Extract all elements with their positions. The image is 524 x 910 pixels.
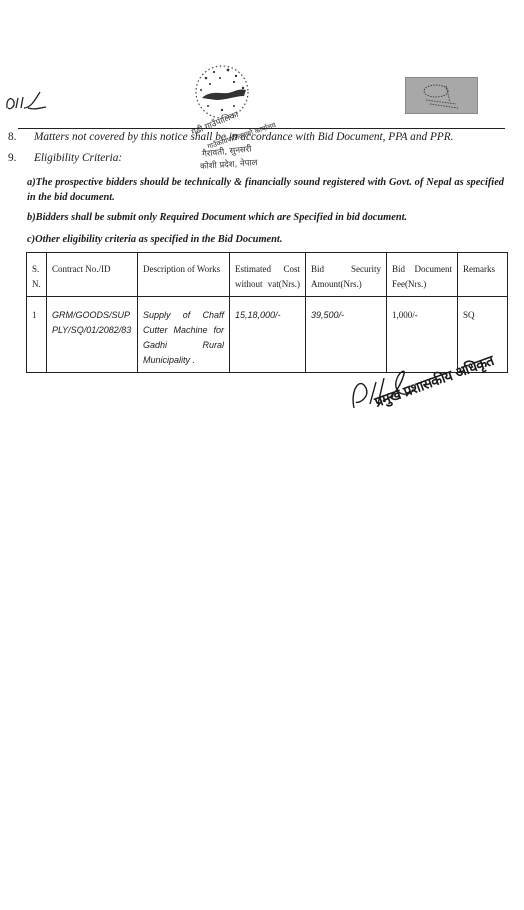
item-number: 9. [8,152,34,164]
cell-bid-security: 39,500/- [306,297,387,373]
cell-document-fee: 1,000/- [387,297,458,373]
cell-contract-id: GRM/GOODS/SUPPLY/SQ/01/2082/83 [47,297,138,373]
signatory-block: प्रमुख प्रशासकीय अधिकृत [346,368,506,438]
item-9: 9.Eligibility Criteria: [8,152,122,164]
cell-description: Supply of Chaff Cutter Machine for Gadhi… [138,297,230,373]
criterion-a: a)The prospective bidders should be tech… [27,175,504,205]
header-rule [18,128,505,129]
cell-estimated-cost: 15,18,000/- [230,297,306,373]
header-bid-security: Bid Security Amount(Nrs.) [306,253,387,297]
criterion-b: b)Bidders shall be submit only Required … [27,210,407,225]
signature-icon [4,88,48,114]
header-description: Description of Works [138,253,230,297]
table-header-row: S. N. Contract No./ID Description of Wor… [27,253,508,297]
header-remarks: Remarks [458,253,508,297]
table-row: 1 GRM/GOODS/SUPPLY/SQ/01/2082/83 Supply … [27,297,508,373]
municipality-seal: गढी गाउँपालिका गाउँकार्यपालिकाको कार्याल… [176,60,268,172]
item-text: Matters not covered by this notice shall… [34,131,453,143]
stamp-box [405,77,478,114]
item-8: 8.Matters not covered by this notice sha… [8,131,453,143]
seal-line: कोशी प्रदेश, नेपाल [200,157,258,172]
header-estimated-cost: Estimated Cost without vat(Nrs.) [230,253,306,297]
header-document-fee: Bid Document Fee(Nrs.) [387,253,458,297]
item-text: Eligibility Criteria: [34,152,122,164]
criterion-c: c)Other eligibility criteria as specifie… [27,232,282,247]
bid-table: S. N. Contract No./ID Description of Wor… [26,252,508,373]
item-number: 8. [8,131,34,143]
stamp-icon [406,78,477,113]
cell-sn: 1 [27,297,47,373]
header-contract-id: Contract No./ID [47,253,138,297]
header-sn: S. N. [27,253,47,297]
